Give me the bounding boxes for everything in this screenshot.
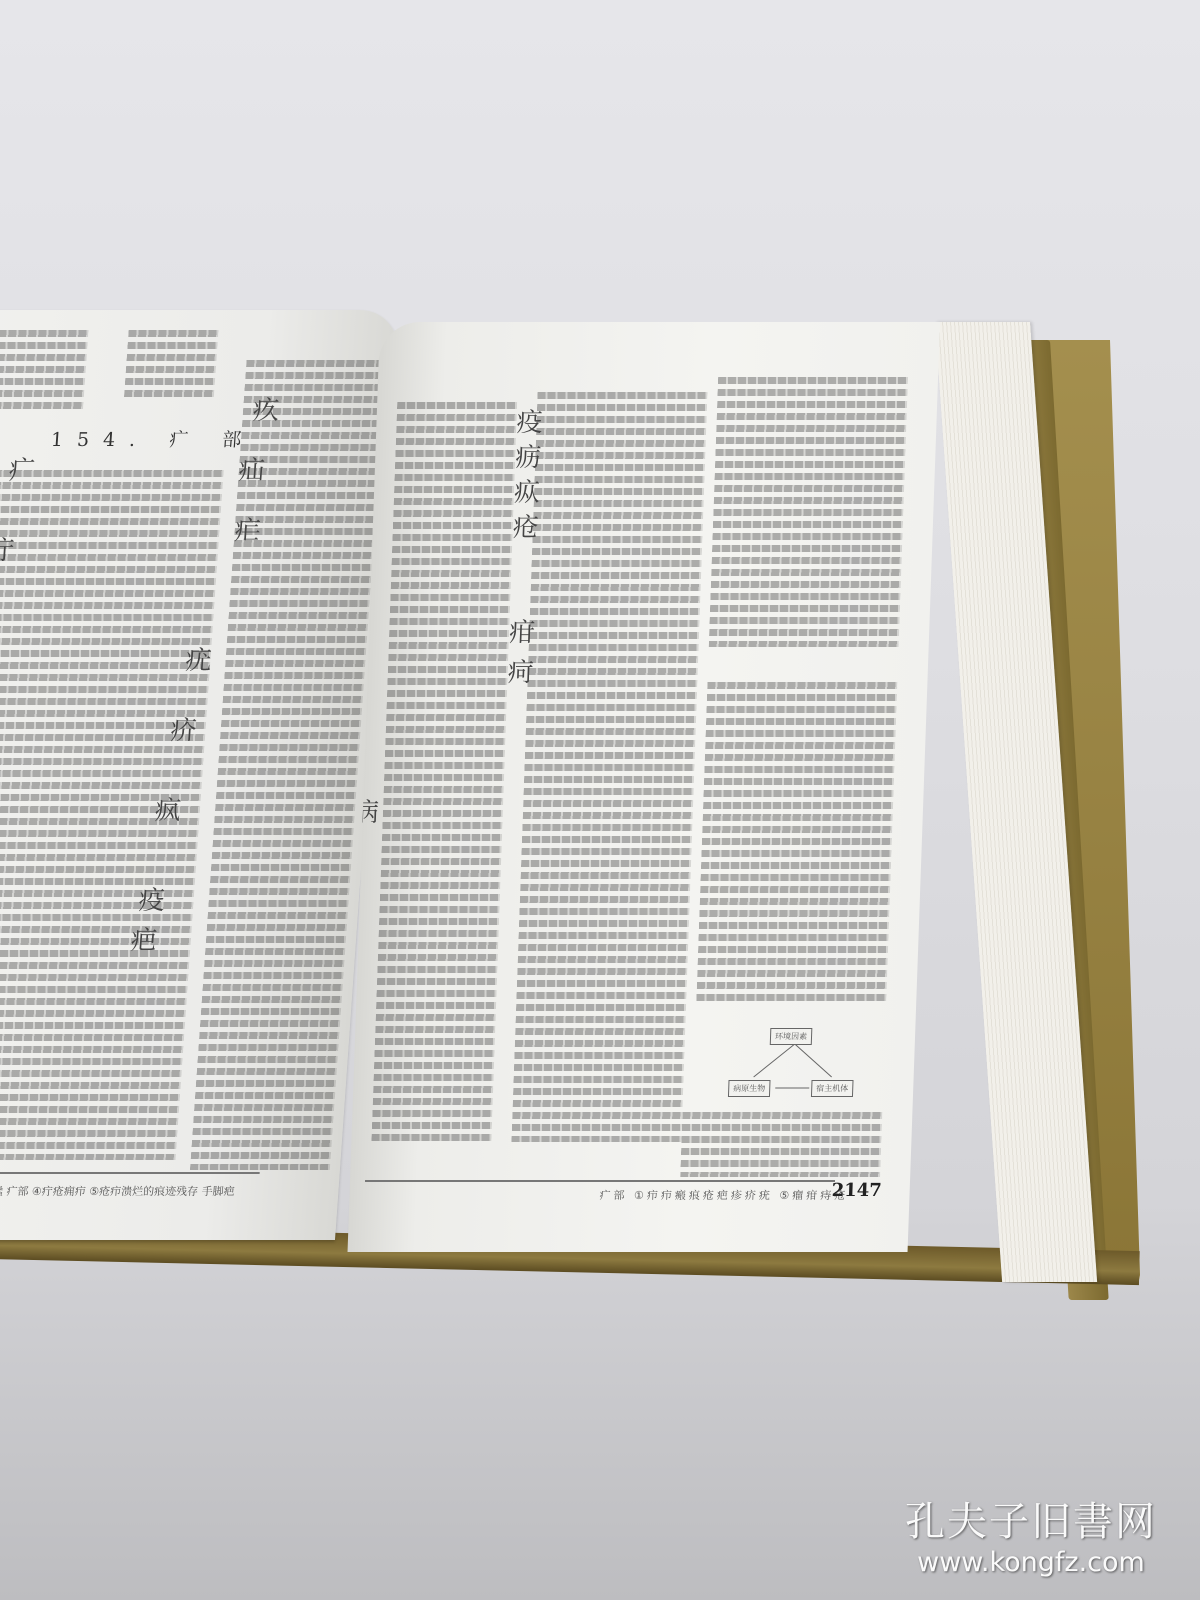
footer-rule (0, 1172, 260, 1174)
head-character: 疥 (169, 710, 198, 747)
diagram: 环境因素 病原生物 宿主机体 (713, 1022, 876, 1102)
head-character: 疴 (507, 652, 534, 689)
head-character: 疯 (154, 790, 183, 827)
right-page: 疫 疬 疭 疮 疳 疴 病 环境因素 病原生物 宿主机体 疒部 ①疖疖瘢痕疮疤疹… (348, 322, 940, 1252)
head-character: 疤 (130, 920, 159, 957)
head-character: 疭 (513, 472, 540, 509)
left-page: 154. 疒 部 疒 疔 疚 疝 疟 疣 疥 疯 疫 疤 ①翻 ②翻 ③蠢 疒部… (0, 310, 400, 1240)
watermark-url: www.kongfz.com (905, 1547, 1157, 1578)
text-block (124, 330, 219, 400)
diagram-box-left: 病原生物 (728, 1080, 771, 1097)
text-column-1 (371, 402, 517, 1142)
text-column-3-mid (696, 682, 897, 1002)
head-character: 疝 (238, 450, 267, 487)
head-character: 疔 (0, 530, 16, 567)
head-character: 疫 (138, 880, 167, 917)
watermark-title: 孔夫子旧書网 (905, 1490, 1157, 1547)
right-footer: 疒部 ①疖疖瘢痕疮疤疹疥疣 ⑤瘤疳痔疮 (599, 1187, 848, 1203)
diagram-box-top: 环境因素 (770, 1028, 813, 1045)
text-block (0, 330, 89, 410)
head-character: 疣 (184, 640, 213, 677)
page-number: 2147 (831, 1180, 882, 1201)
watermark: 孔夫子旧書网 www.kongfz.com (905, 1490, 1157, 1578)
left-footer: ①翻 ②翻 ③蠢 疒部 ④疔疮痈疖 ⑤疮疖溃烂的痕迹残存 手脚疤 (0, 1183, 235, 1199)
head-character: 疒 (8, 450, 37, 487)
head-character: 疮 (512, 507, 539, 544)
section-heading: 154. 疒 部 (50, 425, 256, 452)
head-character: 疟 (233, 510, 262, 547)
head-character: 疫 (516, 402, 543, 439)
footer-rule (365, 1180, 835, 1182)
head-character: 疚 (252, 390, 281, 427)
photo-scene: 154. 疒 部 疒 疔 疚 疝 疟 疣 疥 疯 疫 疤 ①翻 ②翻 ③蠢 疒部… (0, 0, 1200, 1600)
text-column-2 (511, 392, 707, 1142)
head-character: 疳 (509, 612, 536, 649)
head-character: 疬 (515, 437, 542, 474)
text-column-3-bottom (680, 1112, 882, 1177)
text-column-3-top (709, 377, 908, 647)
text-column-1 (0, 470, 224, 1160)
diagram-box-right: 宿主机体 (811, 1080, 854, 1097)
